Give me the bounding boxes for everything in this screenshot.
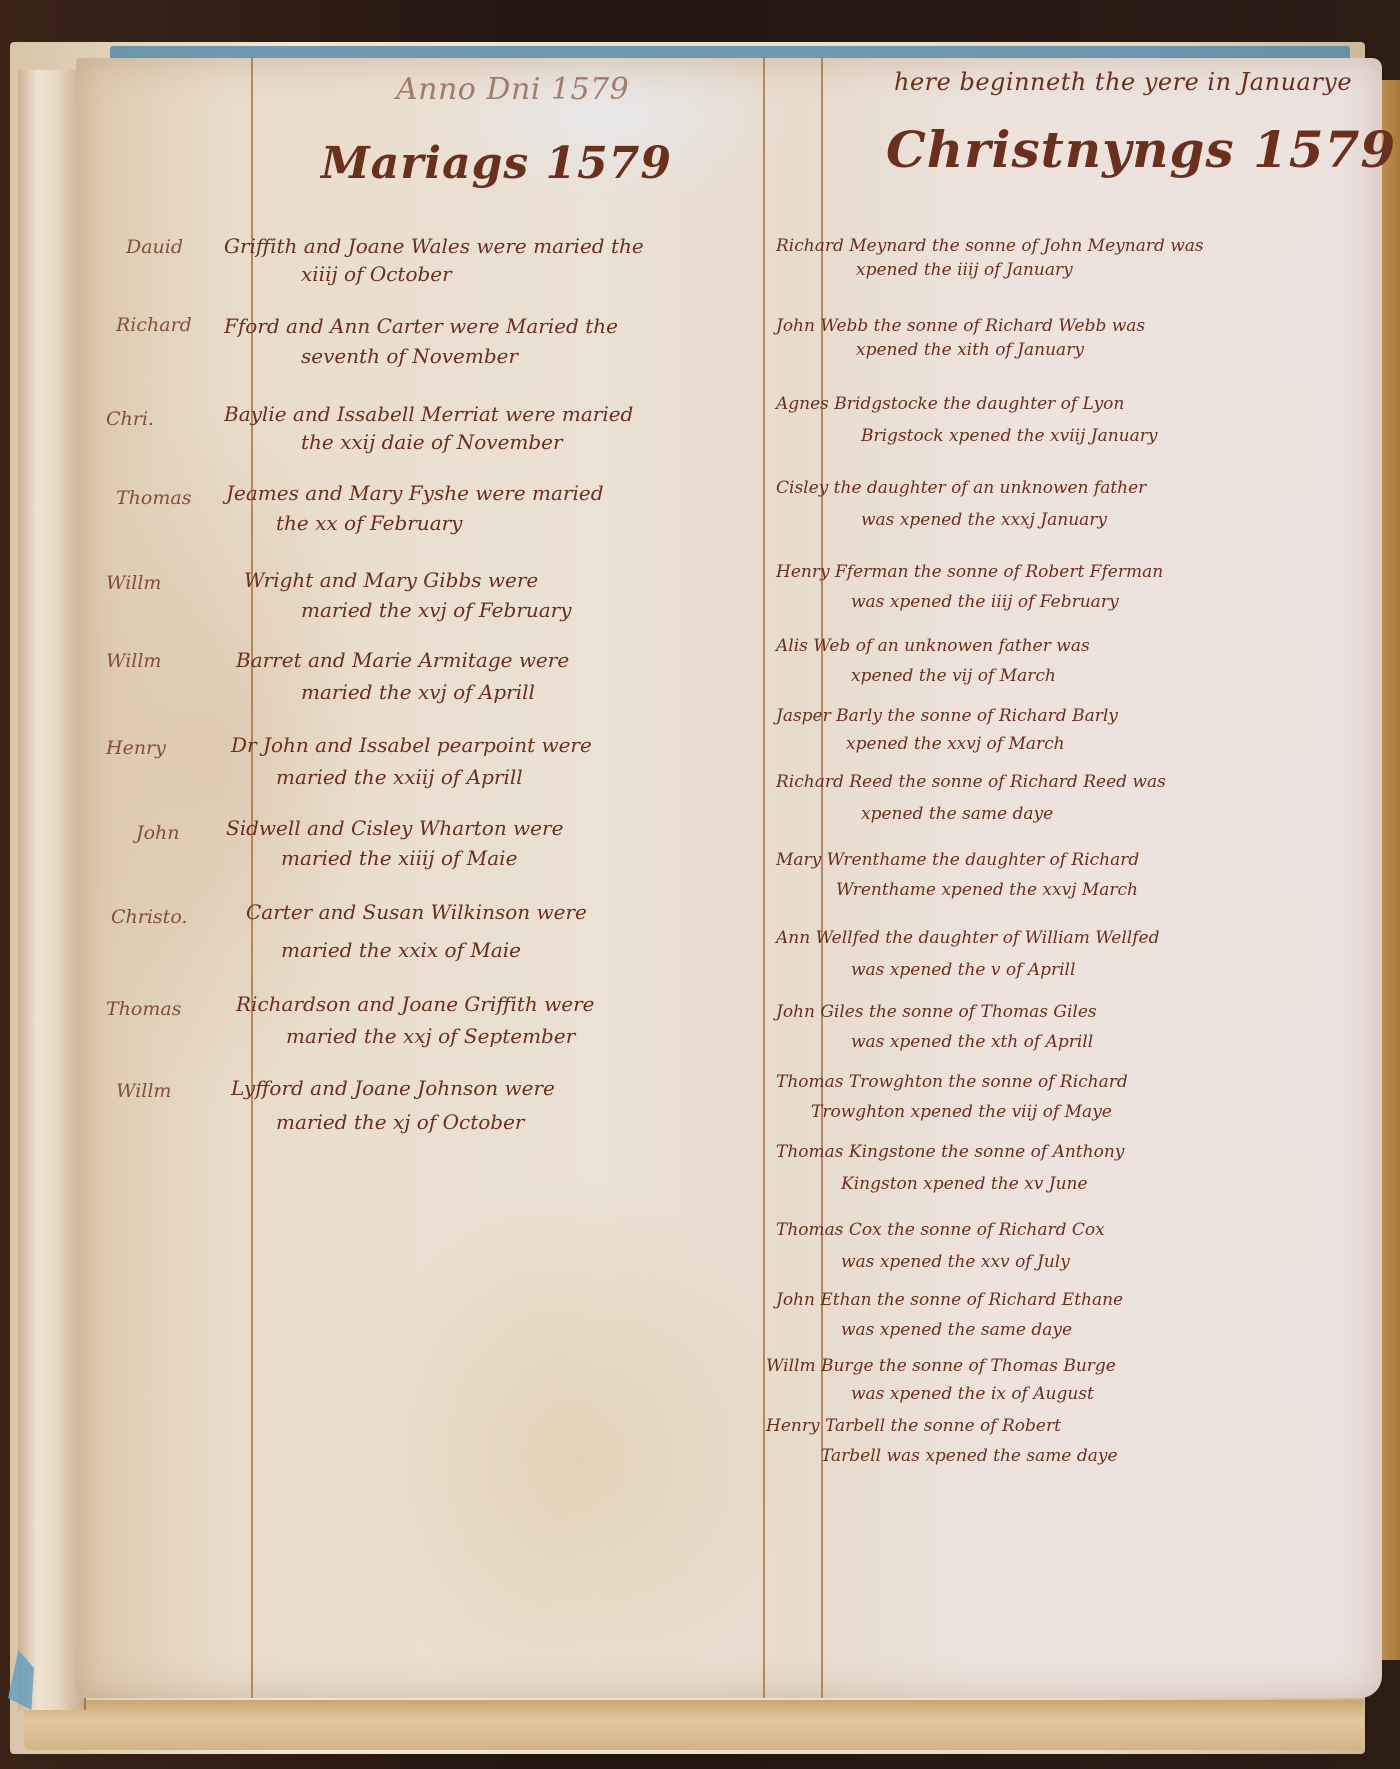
margin-name: Henry [106, 737, 166, 759]
bottom-leaf-edge [24, 1700, 1364, 1750]
margin-name: Willm [106, 650, 161, 672]
entry-line-2: was xpened the xxv of July [841, 1252, 1070, 1272]
entry-line-2: xpened the xxvj of March [846, 734, 1065, 754]
margin-name: Thomas [106, 998, 181, 1020]
entry-line-2: was xpened the xxxj January [861, 510, 1107, 530]
column-divider-1 [763, 58, 765, 1698]
entry-line-2: maried the xxiij of Aprill [276, 765, 523, 789]
entry-line-1: Thomas Trowghton the sonne of Richard [776, 1072, 1128, 1092]
entry-line-1: Richardson and Joane Griffith were [236, 992, 595, 1016]
entry-line-1: Thomas Cox the sonne of Richard Cox [776, 1220, 1105, 1240]
entry-line-2: was xpened the v of Aprill [851, 960, 1075, 980]
margin-rule-left [251, 58, 253, 1698]
entry-line-2: maried the xxj of September [286, 1024, 575, 1048]
entry-line-2: Tarbell was xpened the same daye [821, 1446, 1118, 1466]
entry-line-1: John Ethan the sonne of Richard Ethane [776, 1290, 1123, 1310]
entry-line-1: Jasper Barly the sonne of Richard Barly [776, 706, 1118, 726]
entry-line-2: xpened the same daye [861, 804, 1053, 824]
entry-line-2: xpened the xith of January [856, 340, 1084, 360]
entry-line-1: Mary Wrenthame the daughter of Richard [776, 850, 1139, 870]
entry-line-1: Alis Web of an unknowen father was [776, 636, 1090, 656]
entry-line-2: seventh of November [301, 344, 518, 368]
entry-line-1: Carter and Susan Wilkinson were [246, 900, 587, 924]
entry-line-2: was xpened the iiij of February [851, 592, 1119, 612]
entry-line-1: Cisley the daughter of an unknowen fathe… [776, 478, 1146, 498]
entry-line-1: Willm Burge the sonne of Thomas Burge [766, 1356, 1116, 1376]
entry-line-1: Henry Fferman the sonne of Robert Fferma… [776, 562, 1163, 582]
margin-name: Richard [116, 314, 192, 336]
entry-line-2: xiiij of October [301, 262, 452, 286]
entry-line-1: Henry Tarbell the sonne of Robert [766, 1416, 1061, 1436]
entry-line-2: the xxij daie of November [301, 430, 563, 454]
entry-line-2: xpened the iiij of January [856, 260, 1073, 280]
entry-line-1: Richard Meynard the sonne of John Meynar… [776, 236, 1204, 256]
entry-line-2: maried the xvj of Aprill [301, 680, 535, 704]
entry-line-2: Trowghton xpened the viij of Maye [811, 1102, 1112, 1122]
margin-name: Chri. [106, 408, 154, 430]
entry-line-1: Baylie and Issabell Merriat were maried [224, 402, 633, 426]
entry-line-1: Ann Wellfed the daughter of William Well… [776, 928, 1159, 948]
entry-line-1: Fford and Ann Carter were Maried the [224, 314, 618, 338]
entry-line-1: Griffith and Joane Wales were maried the [224, 234, 644, 258]
entry-line-2: was xpened the same daye [841, 1320, 1072, 1340]
entry-line-2: Wrenthame xpened the xxvj March [836, 880, 1138, 900]
margin-name: Willm [106, 572, 161, 594]
entry-line-2: maried the xj of October [276, 1110, 524, 1134]
margin-name: Thomas [116, 487, 191, 509]
entry-line-2: the xx of February [276, 511, 462, 535]
entry-line-2: was xpened the xth of Aprill [851, 1032, 1093, 1052]
anno-domini-heading: Anno Dni 1579 [396, 72, 629, 107]
entry-line-2: maried the xvj of February [301, 598, 572, 622]
entry-line-1: Richard Reed the sonne of Richard Reed w… [776, 772, 1166, 792]
entry-line-1: Barret and Marie Armitage were [236, 648, 569, 672]
entry-line-2: maried the xxix of Maie [281, 938, 521, 962]
entry-line-1: Sidwell and Cisley Wharton were [226, 816, 563, 840]
marriages-title: Mariags 1579 [321, 138, 672, 189]
entry-line-1: Thomas Kingstone the sonne of Anthony [776, 1142, 1124, 1162]
entry-line-1: Wright and Mary Gibbs were [244, 568, 538, 592]
entry-line-2: xpened the vij of March [851, 666, 1056, 686]
entry-line-2: Kingston xpened the xv June [841, 1174, 1088, 1194]
register-page: Anno Dni 1579 Mariags 1579 Dauid Griffit… [76, 58, 1382, 1698]
entry-line-1: Jeames and Mary Fyshe were maried [226, 481, 604, 505]
entry-line-2: was xpened the ix of August [851, 1384, 1094, 1404]
entry-line-1: John Webb the sonne of Richard Webb was [776, 316, 1145, 336]
entry-line-1: Dr John and Issabel pearpoint were [231, 733, 592, 757]
christenings-title: Christnyngs 1579 [886, 120, 1396, 179]
margin-name: Willm [116, 1080, 171, 1102]
margin-name: Christo. [111, 906, 187, 928]
entry-line-2: maried the xiiij of Maie [281, 846, 517, 870]
entry-line-1: John Giles the sonne of Thomas Giles [776, 1002, 1097, 1022]
year-begins-heading: here beginneth the yere in Januarye [894, 68, 1352, 96]
margin-name: Dauid [126, 236, 183, 258]
entry-line-1: Agnes Bridgstocke the daughter of Lyon [776, 394, 1124, 414]
entry-line-2: Brigstock xpened the xviij January [861, 426, 1157, 446]
entry-line-1: Lyfford and Joane Johnson were [231, 1076, 555, 1100]
margin-name: John [136, 822, 180, 844]
